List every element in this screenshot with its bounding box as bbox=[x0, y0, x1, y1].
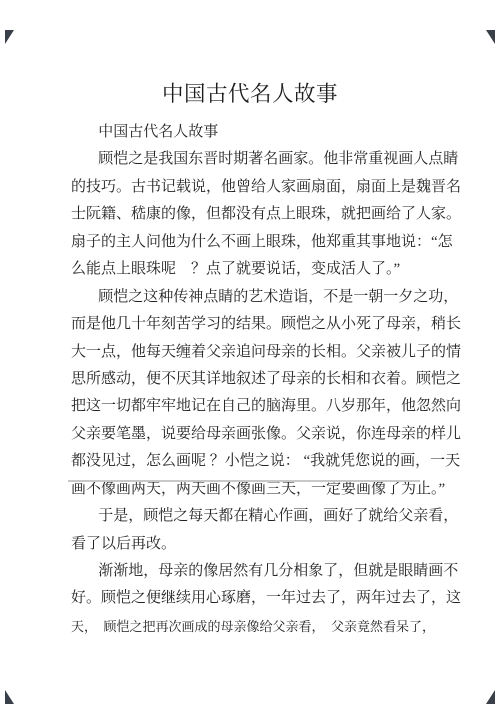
text-line: 而是他几十年刻苦学习的结果。顾恺之从小死了母亲，稍长 bbox=[71, 311, 451, 338]
corner-mark-top-left-icon bbox=[5, 30, 14, 44]
text-line: 都没见过，怎么画呢 ？小恺之说： “我就凭您说的画，一天 bbox=[71, 448, 451, 475]
document-body: 中国古代名人故事顾恺之是我国东晋时期著名画家。他非常重视画人点睛的技巧。古书记载… bbox=[71, 119, 451, 640]
text-line: 于是，顾恺之每天都在精心作画，画好了就给父亲看， bbox=[71, 503, 451, 530]
text-line: 思所感动，便不厌其详地叙述了母亲的长相和衣着。顾恺之 bbox=[71, 366, 451, 393]
page-separator-line bbox=[68, 480, 420, 482]
document-page: 中国古代名人故事 中国古代名人故事顾恺之是我国东晋时期著名画家。他非常重视画人点… bbox=[0, 0, 500, 708]
text-line: 中国古代名人故事 bbox=[71, 119, 451, 146]
text-line: 么能点上眼珠呢 ？点了就要说话，变成活人了。” bbox=[71, 256, 451, 283]
text-line: 渐渐地，母亲的像居然有几分相象了，但就是眼睛画不 bbox=[71, 558, 451, 585]
corner-mark-bottom-left-icon bbox=[5, 690, 14, 704]
corner-mark-top-right-icon bbox=[486, 30, 495, 44]
text-line: 顾恺之这种传神点睛的艺术造诣，不是一朝一夕之功， bbox=[71, 284, 451, 311]
text-line: 顾恺之是我国东晋时期著名画家。他非常重视画人点睛 bbox=[71, 146, 451, 173]
text-line: 大一点，他每天缠着父亲追问母亲的长相。父亲被儿子的情 bbox=[71, 339, 451, 366]
text-line: 看了以后再改。 bbox=[71, 531, 451, 558]
corner-mark-bottom-right-icon bbox=[486, 690, 495, 704]
text-line: 天， 顾恺之把再次画成的母亲像给父亲看， 父亲竟然看呆了， bbox=[71, 613, 451, 640]
text-line: 父亲要笔墨，说要给母亲画张像。父亲说，你连母亲的样儿 bbox=[71, 421, 451, 448]
document-title: 中国古代名人故事 bbox=[0, 77, 500, 108]
text-line: 好。顾恺之便继续用心琢磨，一年过去了，两年过去了，这 bbox=[71, 585, 451, 612]
text-line: 把这一切都牢牢地记在自己的脑海里。八岁那年，他忽然向 bbox=[71, 393, 451, 420]
text-line: 扇子的主人问他为什么不画上眼珠，他郑重其事地说：“怎 bbox=[71, 229, 451, 256]
text-line: 士阮籍、嵇康的像，但都没有点上眼珠，就把画给了人家。 bbox=[71, 201, 451, 228]
text-line: 的技巧。古书记载说，他曾给人家画扇面，扇面上是魏晋名 bbox=[71, 174, 451, 201]
